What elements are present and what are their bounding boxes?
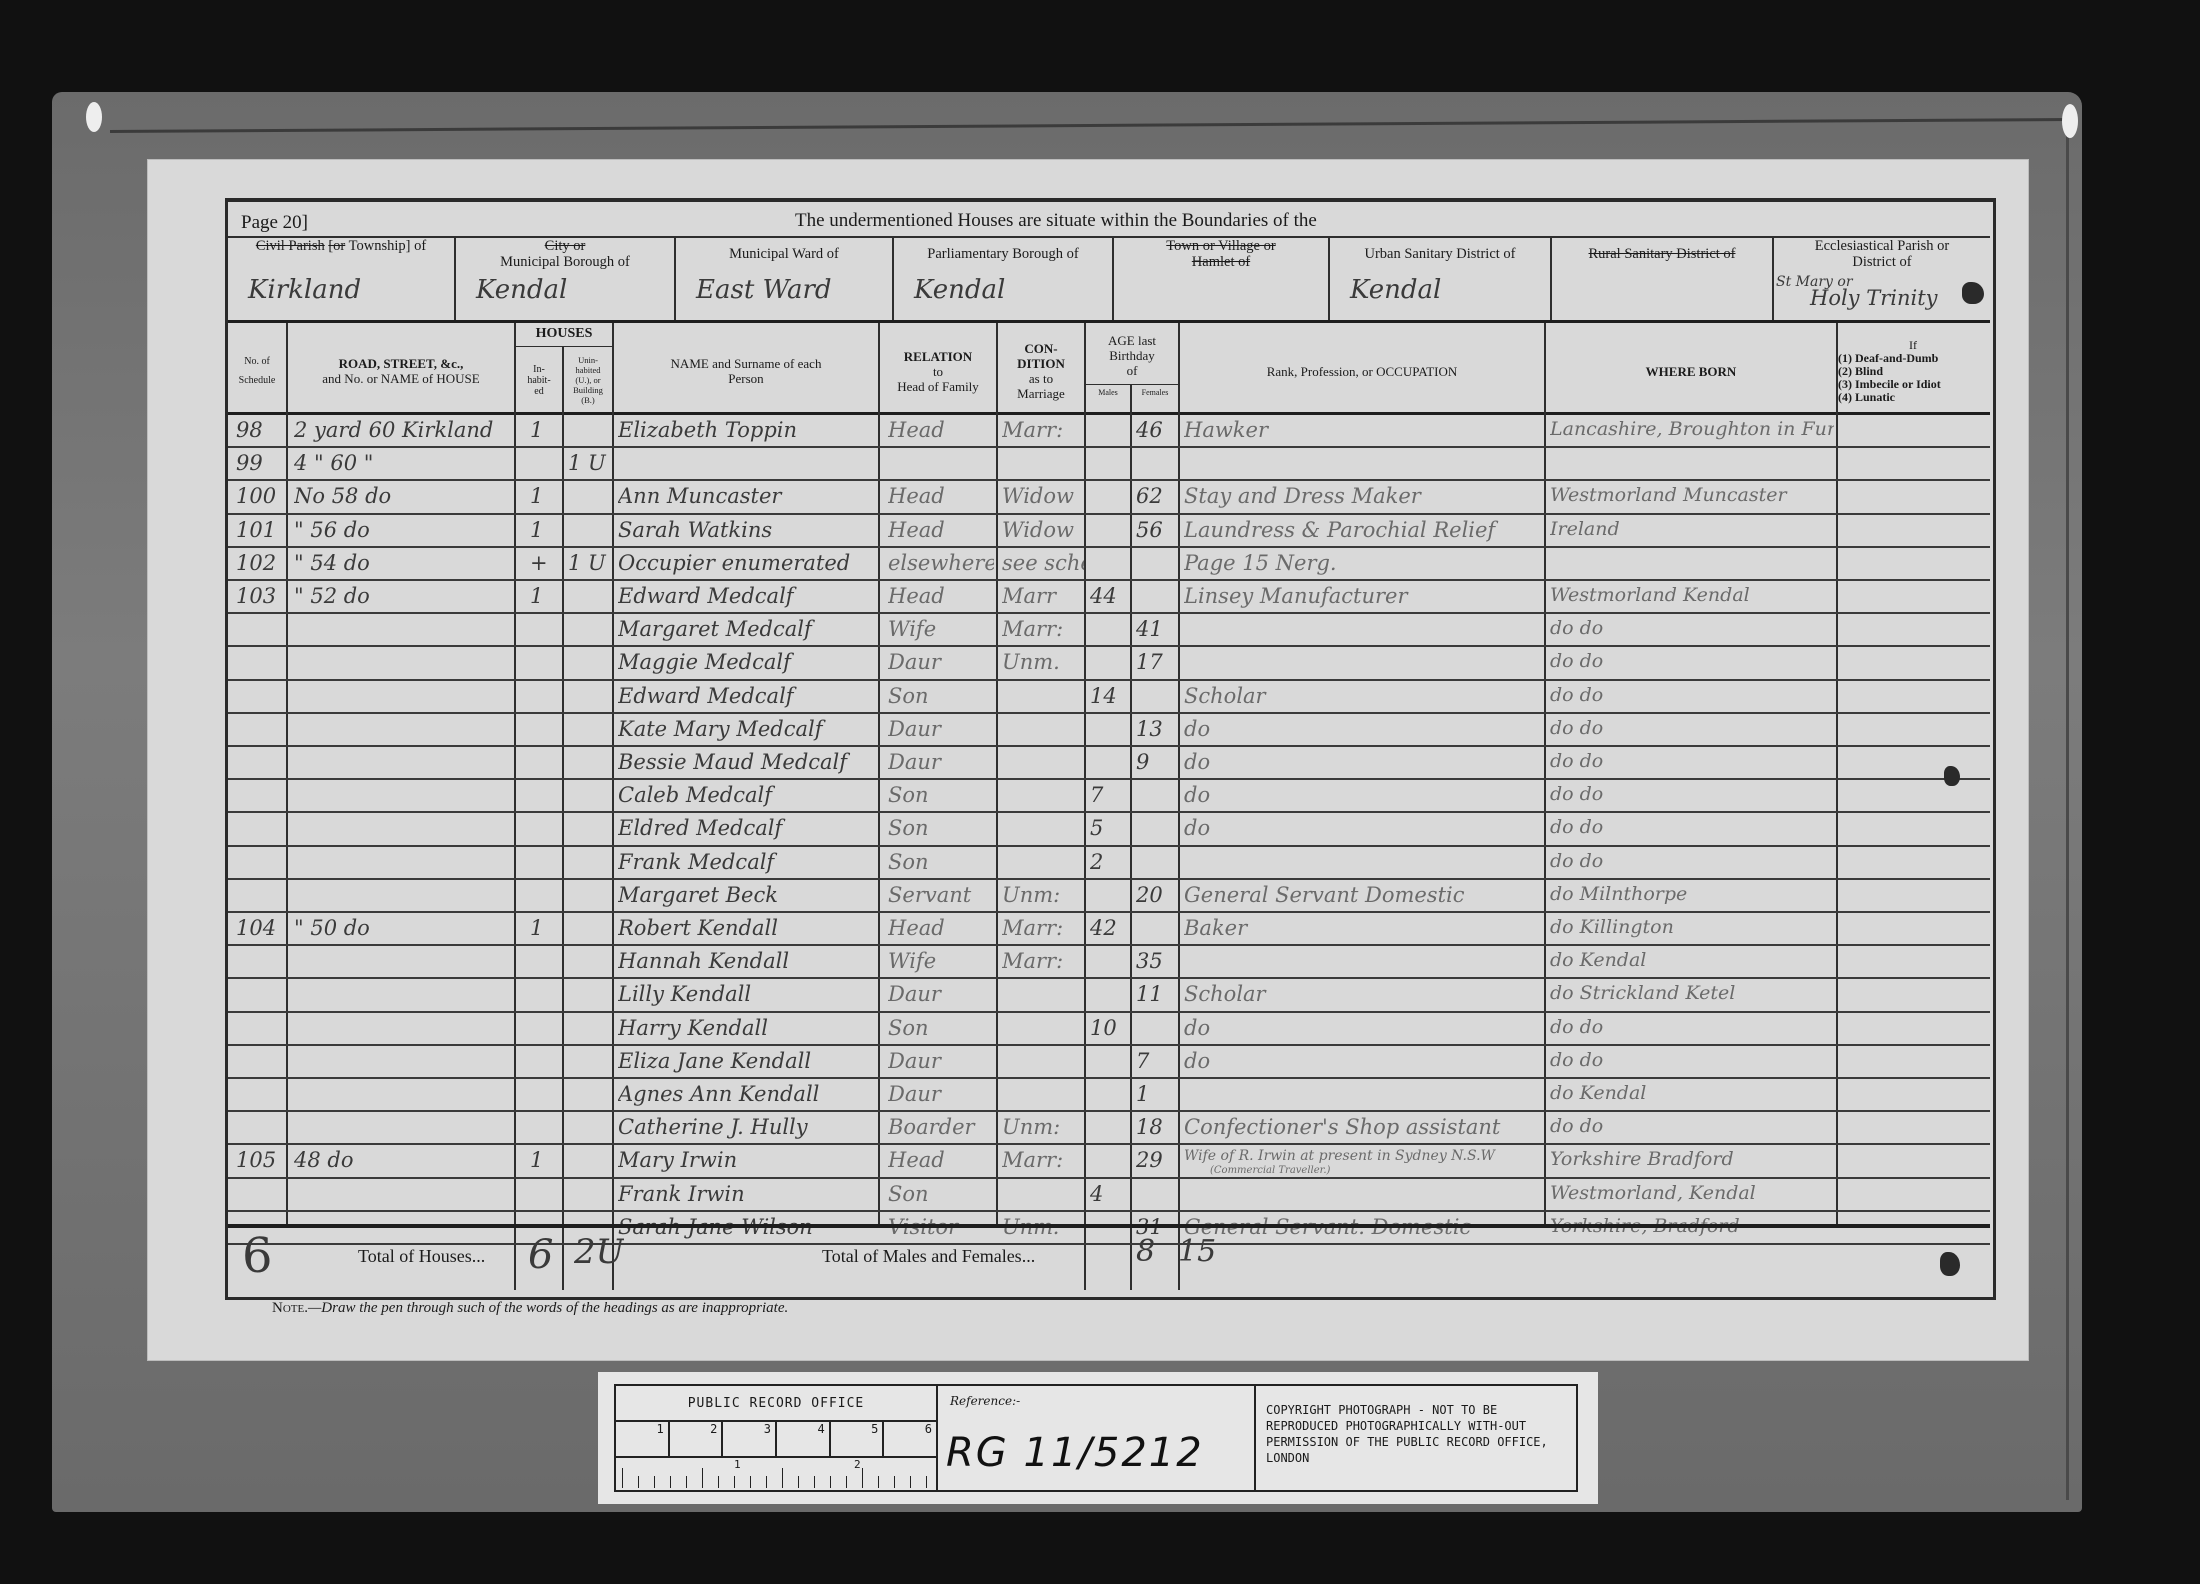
cell-relation: Head (888, 1148, 994, 1172)
cell-where-born: do do (1550, 1115, 1834, 1137)
cell-occupation: do (1184, 750, 1542, 774)
cell-uninhabited: 1 U (568, 451, 610, 475)
cell-female-age: 29 (1136, 1148, 1178, 1172)
col-label: habited (575, 365, 600, 375)
cell-road: No 58 do (294, 484, 512, 508)
scale-number: 1 (616, 1422, 670, 1456)
col-where-born: WHERE BORN (1546, 326, 1836, 416)
row-rule (228, 944, 1990, 946)
col-females: Females (1132, 388, 1178, 397)
cell-name: Frank Medcalf (618, 850, 876, 874)
row-rule (228, 911, 1990, 913)
col-label: (2) Blind (1838, 365, 1883, 378)
cell-relation: Servant (888, 883, 994, 907)
boundary-urban-sanitary: Urban Sanitary District of Kendal (1330, 238, 1550, 318)
cell-name: Edward Medcalf (618, 584, 876, 608)
cell-female-age: 62 (1136, 484, 1178, 508)
cell-male-age: 44 (1090, 584, 1130, 608)
punch-hole-left (86, 102, 102, 132)
cell-name: Caleb Medcalf (618, 783, 876, 807)
cell-name: Eliza Jane Kendall (618, 1049, 876, 1073)
footnote: Note.—Draw the pen through such of the w… (272, 1300, 788, 1317)
cell-female-age: 56 (1136, 518, 1178, 542)
divider (1178, 323, 1180, 1290)
struck-label: Hamlet of (1114, 254, 1328, 270)
col-label: Schedule (239, 375, 276, 386)
cell-name: Occupier enumerated (618, 551, 876, 575)
row-rule (228, 778, 1990, 780)
row-rule (228, 878, 1990, 880)
cell-male-age: 5 (1090, 816, 1130, 840)
ruler-tick (878, 1476, 879, 1488)
cell-relation: Daur (888, 1082, 994, 1106)
cell-name: Agnes Ann Kendall (618, 1082, 876, 1106)
totals-row: 6 Total of Houses... 6 2U Total of Males… (228, 1226, 1990, 1290)
reference-number: RG 11/5212 (946, 1430, 1204, 1476)
cell-inhabited: + (530, 551, 560, 575)
cell-name: Sarah Watkins (618, 518, 876, 542)
divider (1130, 384, 1132, 1290)
col-label: to (933, 364, 943, 379)
cell-condition: Widow (1002, 518, 1084, 542)
ruler-tick (686, 1476, 687, 1488)
col-label: habit- (527, 375, 550, 386)
cell-relation: Boarder (888, 1115, 994, 1139)
cell-occupation: do (1184, 816, 1542, 840)
cell-where-born: Westmorland Kendal (1550, 584, 1834, 606)
cell-relation: Wife (888, 949, 994, 973)
cell-name: Lilly Kendall (618, 982, 876, 1006)
cell-condition: Unm. (1002, 650, 1084, 674)
cell-where-born: do do (1550, 1016, 1834, 1038)
punch-hole-right (2062, 104, 2078, 138)
cell-female-age: 20 (1136, 883, 1178, 907)
row-rule (228, 1143, 1990, 1145)
ruler-tick (638, 1476, 639, 1488)
cell-female-age: 35 (1136, 949, 1178, 973)
cell-where-born: do do (1550, 650, 1834, 672)
cell-occupation: Linsey Manufacturer (1184, 584, 1542, 608)
page-number: Page 20] (241, 212, 308, 234)
divider (286, 323, 288, 1226)
col-label: ed (534, 386, 543, 397)
cell-schedule: 98 (236, 418, 284, 442)
struck-label: City or (456, 238, 674, 254)
cell-relation: Head (888, 916, 994, 940)
ruler-tick (798, 1476, 799, 1488)
cell-relation: Son (888, 850, 994, 874)
boundary-value: Kendal (1330, 282, 1550, 298)
scale-panel: PUBLIC RECORD OFFICE 1 2 3 4 5 6 1 2 (616, 1386, 938, 1490)
struck-label: [or (328, 238, 345, 254)
row-rule (228, 446, 1990, 448)
ruler-tick (862, 1468, 863, 1488)
ruler-tick (910, 1476, 911, 1488)
cell-condition: Marr: (1002, 949, 1084, 973)
cell-inhabited: 1 (530, 1148, 560, 1172)
cell-occupation: Stay and Dress Maker (1184, 484, 1542, 508)
row-rule (228, 1110, 1990, 1112)
cell-where-born: Ireland (1550, 518, 1834, 540)
cell-relation: Daur (888, 982, 994, 1006)
cell-condition: Widow (1002, 484, 1084, 508)
cell-inhabited: 1 (530, 584, 560, 608)
ruler-tick (814, 1476, 815, 1488)
total-females: 15 (1178, 1234, 1216, 1269)
cell-relation: Daur (888, 1049, 994, 1073)
col-label: (1) Deaf-and-Dumb (1838, 352, 1938, 365)
cell-occupation-note: (Commercial Traveller.) (1210, 1165, 1330, 1176)
col-label: In- (533, 364, 545, 375)
cell-condition: Marr: (1002, 617, 1084, 641)
row-rule (228, 745, 1990, 747)
cell-female-age: 11 (1136, 982, 1178, 1006)
divider (562, 346, 564, 1290)
ink-blot (1940, 1252, 1960, 1276)
cell-name: Edward Medcalf (618, 684, 876, 708)
boundary-value: Kendal (894, 282, 1112, 298)
cell-male-age: 4 (1090, 1182, 1130, 1206)
cell-road: 2 yard 60 Kirkland (294, 418, 512, 442)
boundary-label: District of (1774, 254, 1990, 270)
ruler-tick (926, 1476, 927, 1488)
col-label: (4) Lunatic (1838, 391, 1895, 404)
col-label: (B.) (581, 395, 594, 405)
cell-male-age: 2 (1090, 850, 1130, 874)
col-label: Unin- (578, 355, 598, 365)
cell-condition: Unm: (1002, 1115, 1084, 1139)
boundary-value: Kirkland (228, 282, 454, 298)
cell-road: 48 do (294, 1148, 512, 1172)
row-rule (228, 579, 1990, 581)
col-relation: RELATION to Head of Family (880, 326, 996, 416)
cell-male-age: 7 (1090, 783, 1130, 807)
boundary-parliamentary-borough: Parliamentary Borough of Kendal (894, 238, 1112, 318)
record-office-box: PUBLIC RECORD OFFICE 1 2 3 4 5 6 1 2 Ref… (614, 1384, 1578, 1492)
divider (996, 323, 998, 1226)
cell-relation: Daur (888, 750, 994, 774)
cell-where-born: do Milnthorpe (1550, 883, 1834, 905)
cell-relation: Son (888, 816, 994, 840)
col-label: DITION (1017, 356, 1065, 371)
cell-relation: Daur (888, 717, 994, 741)
cell-condition: Marr: (1002, 418, 1084, 442)
ruler-tick (654, 1476, 655, 1488)
reference-panel: Reference:- RG 11/5212 (938, 1386, 1256, 1490)
boundary-ecclesiastical-parish: Ecclesiastical Parish or District of St … (1774, 238, 1990, 318)
divider (1084, 323, 1086, 1290)
total-males: 8 (1136, 1234, 1155, 1269)
boundary-label: Township] of (349, 238, 427, 254)
row-rule (228, 1210, 1990, 1212)
cell-name: Elizabeth Toppin (618, 418, 876, 442)
col-road: ROAD, STREET, &c., and No. or NAME of HO… (288, 326, 514, 416)
col-age: AGE last Birthday of (1086, 326, 1178, 384)
col-label: Marriage (1017, 386, 1065, 401)
cell-occupation: Hawker (1184, 418, 1542, 442)
ruler-mark: 2 (854, 1458, 861, 1471)
cell-road: " 54 do (294, 551, 512, 575)
cell-schedule: 105 (236, 1148, 284, 1172)
cell-occupation: Confectioner's Shop assistant (1184, 1115, 1542, 1139)
cell-occupation: Scholar (1184, 982, 1542, 1006)
cell-name: Eldred Medcalf (618, 816, 876, 840)
cell-where-born: do do (1550, 617, 1834, 639)
cell-name: Margaret Medcalf (618, 617, 876, 641)
cell-female-age: 18 (1136, 1115, 1178, 1139)
scale-number: 2 (670, 1422, 724, 1456)
ruler-tick (622, 1468, 623, 1488)
ruler-tick (782, 1468, 783, 1488)
col-houses: HOUSES (516, 326, 612, 342)
row-rule (228, 1011, 1990, 1013)
cell-schedule: 101 (236, 518, 284, 542)
scale-number: 4 (777, 1422, 831, 1456)
col-name: NAME and Surname of each Person (614, 326, 878, 416)
note-prefix: Note. (272, 1300, 308, 1316)
boundary-label: Municipal Borough of (456, 254, 674, 270)
col-label: Person (728, 371, 763, 386)
ruler-tick (766, 1476, 767, 1488)
cell-where-born: do Kendal (1550, 1082, 1834, 1104)
cell-relation: Son (888, 1016, 994, 1040)
col-label: ROAD, STREET, &c., (339, 356, 464, 371)
row-rule (228, 679, 1990, 681)
cell-occupation: do (1184, 1016, 1542, 1040)
cell-road: " 52 do (294, 584, 512, 608)
col-label: of (1127, 363, 1138, 378)
cell-name: Robert Kendall (618, 916, 876, 940)
cell-relation: Daur (888, 650, 994, 674)
note-text: —Draw the pen through such of the words … (308, 1300, 788, 1316)
row-rule (228, 1044, 1990, 1046)
divider (878, 323, 880, 1226)
total-schedules: 6 (242, 1228, 273, 1284)
col-label: If (1909, 339, 1917, 352)
row-rule (228, 1177, 1990, 1179)
cell-condition: Marr (1002, 584, 1084, 608)
cell-condition: Marr: (1002, 1148, 1084, 1172)
boundary-civil-parish: Civil Parish [or Township] of Kirkland (228, 238, 454, 318)
office-title: PUBLIC RECORD OFFICE (616, 1386, 936, 1422)
col-label: NAME and Surname of each (671, 356, 822, 371)
cell-relation: elsewhere (888, 551, 994, 575)
boundary-municipal-borough: City or Municipal Borough of Kendal (456, 238, 674, 318)
cell-inhabited: 1 (530, 916, 560, 940)
cell-name: Ann Muncaster (618, 484, 876, 508)
cell-condition: Marr: (1002, 916, 1084, 940)
header-rule-bottom (228, 320, 1990, 323)
struck-label: Civil Parish (256, 238, 325, 254)
row-rule (228, 645, 1990, 647)
cell-occupation: do (1184, 1049, 1542, 1073)
scale-number: 6 (884, 1422, 936, 1456)
row-rule (228, 479, 1990, 481)
col-label: and No. or NAME of HOUSE (322, 371, 479, 386)
divider (516, 346, 612, 347)
boundary-label: Municipal Ward of (676, 238, 892, 262)
cell-inhabited: 1 (530, 484, 560, 508)
cell-female-age: 13 (1136, 717, 1178, 741)
col-label: AGE last (1108, 333, 1156, 348)
col-label: (3) Imbecile or Idiot (1838, 378, 1941, 391)
cell-female-age: 7 (1136, 1049, 1178, 1073)
cell-where-born: do do (1550, 816, 1834, 838)
col-label: WHERE BORN (1646, 364, 1737, 379)
cell-inhabited: 1 (530, 418, 560, 442)
cell-schedule: 99 (236, 451, 284, 475)
cell-where-born: Lancashire, Broughton in Furness (1550, 418, 1834, 440)
ruler-scale: 1 2 (616, 1458, 936, 1490)
divider (1544, 323, 1546, 1226)
scale-numbers: 1 2 3 4 5 6 (616, 1422, 936, 1458)
cell-where-born: do do (1550, 750, 1834, 772)
cell-female-age: 17 (1136, 650, 1178, 674)
boundary-label: Urban Sanitary District of (1330, 238, 1550, 262)
cell-occupation: do (1184, 717, 1542, 741)
scale-number: 3 (723, 1422, 777, 1456)
record-office-label: PUBLIC RECORD OFFICE 1 2 3 4 5 6 1 2 Ref… (598, 1372, 1598, 1504)
cell-female-age: 41 (1136, 617, 1178, 641)
total-persons-label: Total of Males and Females... (822, 1246, 1035, 1267)
divider (514, 323, 516, 1290)
cell-relation: Head (888, 484, 994, 508)
scale-number: 5 (831, 1422, 885, 1456)
divider (1086, 384, 1178, 385)
reference-label: Reference:- (950, 1394, 1020, 1408)
row-rule (228, 513, 1990, 515)
cell-where-born: do do (1550, 717, 1834, 739)
ruler-tick (830, 1476, 831, 1488)
boundary-value: Kendal (456, 282, 674, 298)
col-label: Rank, Profession, or OCCUPATION (1267, 364, 1458, 379)
cell-male-age: 10 (1090, 1016, 1130, 1040)
cell-condition: see schedule 101 (1002, 551, 1084, 575)
boundary-title: The undermentioned Houses are situate wi… (795, 210, 1317, 232)
cell-relation: Son (888, 1182, 994, 1206)
cell-where-born: do Strickland Ketel (1550, 982, 1834, 1004)
col-condition: CON- DITION as to Marriage (998, 326, 1084, 416)
row-rule (228, 845, 1990, 847)
copyright-notice: COPYRIGHT PHOTOGRAPH - NOT TO BE REPRODU… (1266, 1402, 1566, 1466)
row-rule (228, 977, 1990, 979)
cell-name: Frank Irwin (618, 1182, 876, 1206)
cell-road: " 50 do (294, 916, 512, 940)
cell-name: Mary Irwin (618, 1148, 876, 1172)
cell-relation: Son (888, 684, 994, 708)
col-inhabited: In- habit- ed (516, 348, 562, 412)
col-label: Building (573, 385, 603, 395)
struck-label: Town or Village or (1114, 238, 1328, 254)
ruler-mark: 1 (734, 1458, 741, 1471)
boundary-value: Holy Trinity (1810, 290, 1938, 306)
boundary-label: Parliamentary Borough of (894, 238, 1112, 262)
col-label: RELATION (904, 349, 972, 364)
cell-where-born: do Kendal (1550, 949, 1834, 971)
cell-name: Maggie Medcalf (618, 650, 876, 674)
ruler-tick (750, 1476, 751, 1488)
cell-name: Hannah Kendall (618, 949, 876, 973)
cell-road: 4 " 60 " (294, 451, 512, 475)
column-header-rule (228, 412, 1990, 415)
cell-name: Bessie Maud Medcalf (618, 750, 876, 774)
col-label: Birthday (1109, 348, 1155, 363)
ruler-tick (894, 1476, 895, 1488)
cell-schedule: 100 (236, 484, 284, 508)
boundary-label: Ecclesiastical Parish or (1774, 238, 1990, 254)
cell-relation: Head (888, 518, 994, 542)
cell-occupation: Scholar (1184, 684, 1542, 708)
row-rule (228, 612, 1990, 614)
cell-where-born: Westmorland Muncaster (1550, 484, 1834, 506)
cell-occupation: Wife of R. Irwin at present in Sydney N.… (1184, 1148, 1542, 1164)
cell-female-age: 46 (1136, 418, 1178, 442)
col-infirmity: If (1) Deaf-and-Dumb (2) Blind (3) Imbec… (1838, 326, 1988, 416)
col-label: No. of (244, 356, 270, 367)
ink-blot (1962, 282, 1984, 304)
cell-schedule: 102 (236, 551, 284, 575)
col-males: Males (1086, 388, 1130, 397)
cell-relation: Head (888, 418, 994, 442)
cell-condition: Unm: (1002, 883, 1084, 907)
row-rule (228, 1077, 1990, 1079)
row-rule (228, 712, 1990, 714)
cell-where-born: do do (1550, 684, 1834, 706)
cell-where-born: do do (1550, 850, 1834, 872)
ink-blot (1944, 766, 1960, 786)
ruler-tick (846, 1476, 847, 1488)
ruler-tick (718, 1476, 719, 1488)
col-label: CON- (1024, 341, 1057, 356)
cell-schedule: 103 (236, 584, 284, 608)
cell-where-born: do do (1550, 1049, 1834, 1071)
cell-occupation: do (1184, 783, 1542, 807)
cell-schedule: 104 (236, 916, 284, 940)
cell-name: Harry Kendall (618, 1016, 876, 1040)
divider (612, 323, 614, 1290)
cell-relation: Head (888, 584, 994, 608)
row-rule (228, 811, 1990, 813)
cell-female-age: 1 (1136, 1082, 1178, 1106)
cell-name: Catherine J. Hully (618, 1115, 876, 1139)
cell-where-born: Yorkshire Bradford (1550, 1148, 1834, 1170)
cell-inhabited: 1 (530, 518, 560, 542)
total-inhabited: 6 (528, 1232, 553, 1278)
ruler-tick (734, 1476, 735, 1488)
row-rule (228, 546, 1990, 548)
cell-where-born: do Killington (1550, 916, 1834, 938)
boundary-municipal-ward: Municipal Ward of East Ward (676, 238, 892, 318)
cell-uninhabited: 1 U (568, 551, 610, 575)
ruler-tick (702, 1468, 703, 1488)
cell-male-age: 14 (1090, 684, 1130, 708)
ruler-tick (670, 1476, 671, 1488)
divider (1836, 323, 1838, 1226)
mount-vertical-rule (2066, 120, 2069, 1500)
cell-relation: Son (888, 783, 994, 807)
cell-where-born: do do (1550, 783, 1834, 805)
cell-male-age: 42 (1090, 916, 1130, 940)
col-label: as to (1029, 371, 1053, 386)
boundary-rural-sanitary: Rural Sanitary District of (1552, 238, 1772, 318)
cell-occupation: General Servant Domestic (1184, 883, 1542, 907)
total-uninhabited: 2U (574, 1232, 624, 1272)
cell-occupation: Laundress & Parochial Relief (1184, 518, 1542, 542)
col-label: (U.), or (575, 375, 600, 385)
cell-female-age: 9 (1136, 750, 1178, 774)
cell-occupation: Page 15 Nerg. (1184, 551, 1542, 575)
cell-relation: Wife (888, 617, 994, 641)
